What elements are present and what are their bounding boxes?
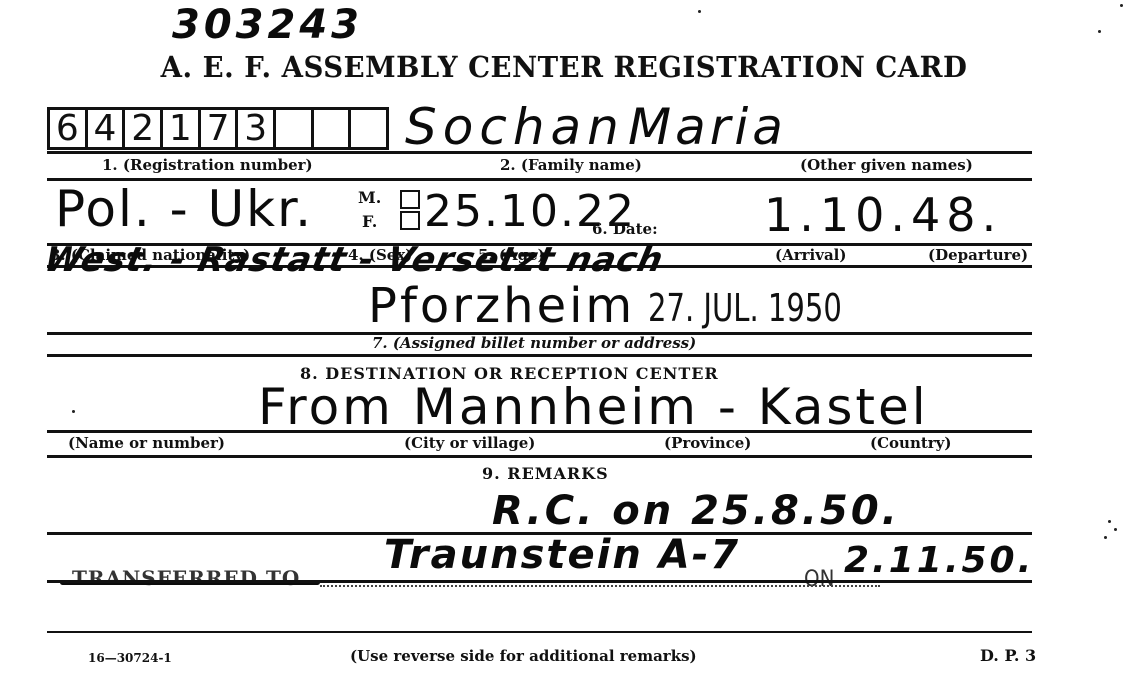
name-or-number-label: (Name or number) [68, 434, 225, 452]
city-label: (City or village) [404, 434, 535, 452]
transfer-date: 2.11.50. [844, 540, 1034, 581]
divider [47, 151, 1032, 154]
remarks-heading: 9. REMARKS [482, 464, 609, 483]
divider [47, 631, 1032, 633]
speck [72, 410, 75, 413]
reg-digit: 4 [88, 110, 126, 147]
transfer-destination: Traunstein A-7 [384, 532, 740, 578]
footer-note: (Use reverse side for additional remarks… [350, 647, 697, 665]
date-label: 6. Date: [592, 220, 658, 238]
sex-m-label: M. [358, 188, 381, 207]
speck [1098, 30, 1101, 33]
overwrite-annotation: West. - Rastatt - Versetzt nach [41, 240, 668, 280]
divider [47, 455, 1032, 458]
billet-value: Pforzheim [368, 278, 635, 334]
province-label: (Province) [664, 434, 751, 452]
date-stamp: 27. JUL. 1950 [648, 286, 842, 330]
form-number: 16—30724-1 [88, 651, 172, 665]
reg-digit [351, 110, 386, 147]
arrival-value: 1.10.48. [764, 188, 1002, 242]
reg-digit: 3 [238, 110, 276, 147]
speck [698, 10, 701, 13]
family-name-value: Sochan [405, 98, 625, 156]
arrival-label: (Arrival) [775, 246, 846, 264]
reg-digit [276, 110, 314, 147]
speck [1120, 4, 1123, 7]
destination-value: From Mannheim - Kastel [258, 378, 929, 436]
given-names-label: (Other given names) [800, 156, 973, 174]
registration-number-label: 1. (Registration number) [102, 156, 313, 174]
form-code: D. P. 3 [980, 646, 1036, 665]
reg-digit: 2 [125, 110, 163, 147]
file-number: 303243 [172, 2, 363, 48]
dotted-line [320, 585, 880, 587]
transferred-stamp: TRANSFERRED TO [72, 566, 300, 590]
remarks-line-1: R.C. on 25.8.50. [492, 488, 900, 534]
billet-label: 7. (Assigned billet number or address) [372, 334, 696, 352]
divider [47, 430, 1032, 433]
divider [47, 354, 1032, 357]
sex-m-checkbox[interactable] [400, 190, 420, 209]
speck [1114, 528, 1117, 531]
sex-f-checkbox[interactable] [400, 211, 420, 230]
departure-label: (Departure) [928, 246, 1028, 264]
reg-digit: 6 [50, 110, 88, 147]
divider [47, 580, 1032, 583]
family-name-label: 2. (Family name) [500, 156, 642, 174]
registration-number-boxes: 6 4 2 1 7 3 [47, 107, 389, 150]
reg-digit [314, 110, 352, 147]
sex-f-label: F. [362, 212, 377, 231]
nationality-value: Pol. - Ukr. [55, 180, 313, 238]
given-name-value: Maria [628, 98, 787, 156]
reg-digit: 7 [201, 110, 239, 147]
card-title: A. E. F. ASSEMBLY CENTER REGISTRATION CA… [28, 50, 1100, 84]
country-label: (Country) [870, 434, 952, 452]
speck [1104, 536, 1107, 539]
reg-digit: 1 [163, 110, 201, 147]
speck [1108, 520, 1111, 523]
